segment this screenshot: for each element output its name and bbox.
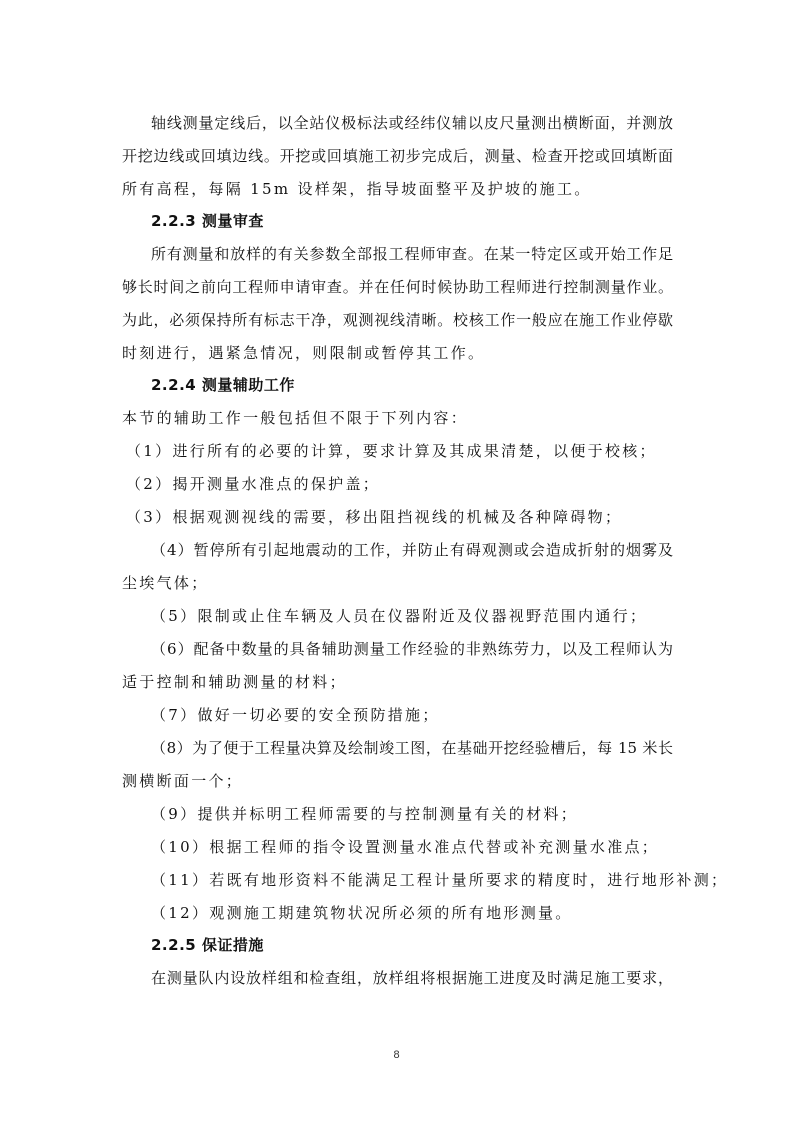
section-heading: 2.2.3 测量审查 bbox=[151, 211, 264, 231]
list-item: （4）暂停所有引起地震动的工作，并防止有碍观测或会造成折射的烟雾及 bbox=[151, 540, 673, 560]
list-item: （11）若既有地形资料不能满足工程计量所要求的精度时，进行地形补测； bbox=[151, 870, 728, 890]
list-item: （8）为了便于工程量决算及绘制竣工图，在基础开挖经验槽后，每 15 米长 bbox=[151, 738, 673, 758]
paragraph-line: 时刻进行，遇紧急情况，则限制或暂停其工作。 bbox=[122, 343, 485, 363]
paragraph-line: 开挖边线或回填边线。开挖或回填施工初步完成后，测量、检查开挖或回填断面 bbox=[122, 146, 673, 166]
list-item: （10）根据工程师的指令设置测量水准点代替或补充测量水准点； bbox=[151, 837, 659, 857]
paragraph-line: 所有高程，每隔 15m 设样架，指导坡面整平及护坡的施工。 bbox=[122, 179, 592, 199]
list-item-continuation: 测横断面一个； bbox=[122, 771, 243, 791]
paragraph-line: 所有测量和放样的有关参数全部报工程师审查。在某一特定区或开始工作足 bbox=[151, 244, 673, 264]
list-item: （6）配备中数量的具备辅助测量工作经验的非熟练劳力，以及工程师认为 bbox=[151, 639, 673, 659]
paragraph-line: 为此，必须保持所有标志干净，观测视线清晰。校核工作一般应在施工作业停歇 bbox=[122, 310, 673, 330]
section-heading: 2.2.5 保证措施 bbox=[151, 935, 264, 955]
list-item-continuation: 尘埃气体； bbox=[122, 573, 209, 593]
paragraph-line: 够长时间之前向工程师申请审查。并在任何时候协助工程师进行控制测量作业。 bbox=[122, 277, 673, 297]
list-item: （12）观测施工期建筑物状况所必须的所有地形测量。 bbox=[151, 903, 573, 923]
list-item: （1）进行所有的必要的计算，要求计算及其成果清楚，以便于校核； bbox=[126, 441, 657, 461]
list-item: （7）做好一切必要的安全预防措施； bbox=[151, 705, 440, 725]
list-item: （5）限制或止住车辆及人员在仪器附近及仪器视野范围内通行； bbox=[151, 606, 647, 626]
list-item: （9）提供并标明工程师需要的与控制测量有关的材料； bbox=[151, 804, 578, 824]
section-heading: 2.2.4 测量辅助工作 bbox=[151, 375, 295, 395]
page-number: 8 bbox=[0, 1049, 793, 1061]
list-item-continuation: 适于控制和辅助测量的材料； bbox=[122, 672, 347, 692]
list-item: （2）揭开测量水准点的保护盖； bbox=[126, 474, 380, 494]
list-intro: 本节的辅助工作一般包括但不限于下列内容： bbox=[122, 408, 468, 428]
paragraph-line: 轴线测量定线后，以全站仪极标法或经纬仪辅以皮尺量测出横断面，并测放 bbox=[151, 113, 673, 133]
paragraph-line: 在测量队内设放样组和检查组，放样组将根据施工进度及时满足施工要求， bbox=[151, 968, 673, 988]
list-item: （3）根据观测视线的需要，移出阻挡视线的机械及各种障碍物； bbox=[126, 507, 622, 527]
